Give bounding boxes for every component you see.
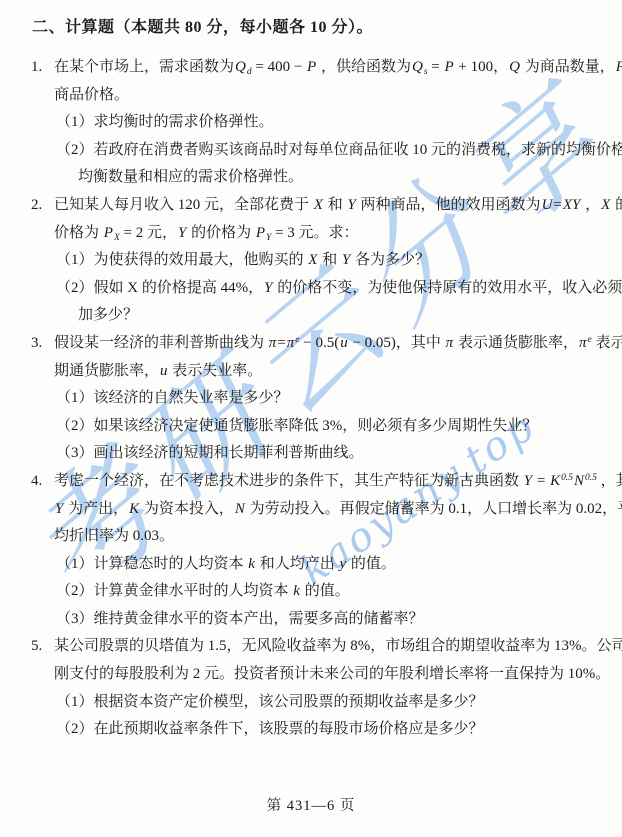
problem-line: 均衡数量和相应的需求价格弹性。 [78,164,598,192]
problem-line: 加多少？ [78,302,598,330]
problem-list: 1.在某个市场上，需求函数为Qd = 400 − P ，供给函数为Qs = P … [30,54,598,744]
problem-line: 商品价格。 [54,82,598,110]
page-number: 第 431—6 页 [0,794,622,815]
problem-line: 某公司股票的贝塔值为 1.5，无风险收益率为 8%，市场组合的期望收益率为 13… [54,633,598,661]
problem-line: （2）若政府在消费者购买该商品时对每单位商品征收 10 元的消费税，求新的均衡价… [56,137,598,165]
problem-line: 刚支付的每股股利为 2 元。投资者预计未来公司的年股利增长率将一直保持为 10%… [54,661,598,689]
problem-line: （3）画出该经济的短期和长期菲利普斯曲线。 [56,440,598,468]
problem-line: （2）在此预期收益率条件下，该股票的每股市场价格应是多少？ [56,716,598,744]
problem-line: 价格为 PX = 2 元，Y 的价格为 PY = 3 元。求： [54,220,598,248]
problem-line: 已知某人每月收入 120 元，全部花费于 X 和 Y 两种商品，他的效用函数为U… [54,192,598,220]
problem-line: 假设某一经济的菲利普斯曲线为 π=πe − 0.5(u − 0.05)，其中 π… [54,330,598,358]
page-content: 二、计算题（本题共 80 分，每小题各 10 分）。 1.在某个市场上，需求函数… [0,0,622,744]
problem-line: （1）计算稳态时的人均资本 k 和人均产出 y 的值。 [56,551,598,579]
problem-line: （1）求均衡时的需求价格弹性。 [56,109,598,137]
problem-line: 在某个市场上，需求函数为Qd = 400 − P ，供给函数为Qs = P + … [54,54,598,82]
problem-number: 2. [31,192,42,220]
problem-line: （3）维持黄金律水平的资本产出，需要多高的储蓄率？ [56,606,598,634]
problem-number: 5. [31,633,42,661]
problem-5: 5.某公司股票的贝塔值为 1.5，无风险收益率为 8%，市场组合的期望收益率为 … [30,633,598,743]
problem-line: （2）计算黄金律水平时的人均资本 k 的值。 [56,578,598,606]
problem-line: （1）根据资本资产定价模型，该公司股票的预期收益率是多少？ [56,689,598,717]
problem-line: 考虑一个经济，在不考虑技术进步的条件下，其生产特征为新古典函数 Y = K0.5… [54,468,598,496]
problem-line: （1）为使获得的效用最大，他购买的 X 和 Y 各为多少？ [56,247,598,275]
problem-line: （1）该经济的自然失业率是多少？ [56,385,598,413]
problem-line: （2）假如 X 的价格提高 44%，Y 的价格不变，为使他保持原有的效用水平，收… [56,275,598,303]
problem-2: 2.已知某人每月收入 120 元，全部花费于 X 和 Y 两种商品，他的效用函数… [30,192,598,330]
problem-number: 1. [31,54,42,82]
problem-3: 3.假设某一经济的菲利普斯曲线为 π=πe − 0.5(u − 0.05)，其中… [30,330,598,468]
section-title: 二、计算题（本题共 80 分，每小题各 10 分）。 [32,16,598,40]
problem-4: 4.考虑一个经济，在不考虑技术进步的条件下，其生产特征为新古典函数 Y = K0… [30,468,598,634]
problem-line: 期通货膨胀率，u 表示失业率。 [54,358,598,386]
problem-number: 4. [31,468,42,496]
problem-line: Y 为产出，K 为资本投入，N 为劳动投入。再假定储蓄率为 0.1，人口增长率为… [54,496,598,524]
problem-line: （2）如果该经济决定使通货膨胀率降低 3%，则必须有多少周期性失业？ [56,413,598,441]
problem-number: 3. [31,330,42,358]
problem-1: 1.在某个市场上，需求函数为Qd = 400 − P ，供给函数为Qs = P … [30,54,598,192]
exam-page: 考研云分享 kaoyany.top 二、计算题（本题共 80 分，每小题各 10… [0,0,622,837]
problem-line: 均折旧率为 0.03。 [54,523,598,551]
